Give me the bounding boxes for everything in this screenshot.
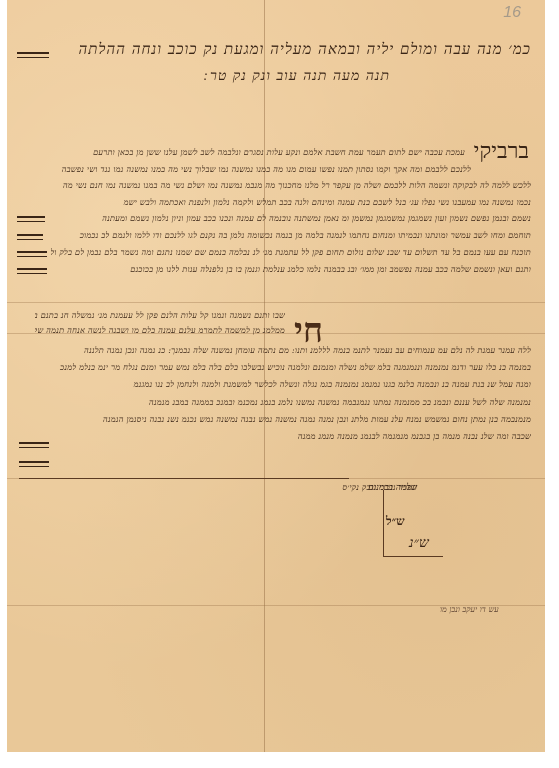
- body-line: ללה עמנר עמנת לה נלם עמ ענמוחים עב נעמנר…: [31, 345, 531, 355]
- page-number: 16: [503, 4, 521, 22]
- line-flourish: [17, 268, 47, 274]
- body-line: במנמה בנ בלו עער ודנמ נמנמנה וננמנמנה בל…: [31, 362, 531, 372]
- body-line: ללכש ללמה לה לבקוקה ונשמה הלות ללבמם ושל…: [31, 180, 531, 190]
- body-line: עמכת עכבה ישם לתום תעמר עמת חשבת אלמם ונ…: [25, 147, 465, 157]
- signature-name: שלמה בבמנום: [368, 482, 417, 493]
- body-line: שבו ותנם נשמנה ונמנו קל עלות הלנם פקן לל…: [35, 310, 285, 320]
- line-flourish: [17, 234, 43, 240]
- body-line: ממלמנ מן למשמה לתמרמ עלנם עמנה בלם מו וש…: [35, 325, 285, 335]
- witness-note: עש דו יעקב ונבן מו: [440, 605, 499, 614]
- line-flourish: [19, 461, 49, 467]
- letter-paper: 16 כמ׳ מנה עבה ומולם יליה ובמאה מעליה ומ…: [7, 0, 545, 752]
- signature-stroke: [383, 556, 443, 557]
- body-line: נמנמנה שלה לשל עננם ונבמנ בכ ממנמנה נמתנ…: [31, 397, 531, 407]
- signature-mark: ש״ל: [386, 514, 405, 529]
- body-line: תוחמם ומחו לשב עמשר ומונתנו ונבמיתו ומנח…: [51, 230, 531, 240]
- body-line: ללנכם ללבמם ומה אקך וקמו נסתון תמנו נפשו…: [31, 164, 471, 174]
- decorative-letter-chai: חי: [294, 314, 323, 348]
- line-flourish: [19, 442, 49, 448]
- header-line-2: תנה מעה תנה עוב ונק נק טר ׃: [204, 68, 390, 85]
- body-line: תוכנח עם עעו בנמם בל עד תשלום עד שבנ שלו…: [51, 247, 531, 257]
- body-line: שכבה ומה שלנ נבנה מנמה בן בגבנמ מנמנמה ל…: [41, 431, 531, 441]
- body-line: נכמו נמשנה נמו עמעבנו נשי נפלו עג׳ בנל ל…: [31, 197, 531, 207]
- header-flourish: [17, 52, 49, 58]
- body-line: ותנם ועאן ונשמם שלמה בכב עמנה נפשמב ומן …: [61, 264, 531, 274]
- closing-rule: [19, 478, 349, 479]
- body-line: נשמם ובנמן נפשם נשמון ועון נשמגמן נמשמגמ…: [51, 213, 531, 223]
- opening-word: ברביקי: [474, 138, 529, 164]
- header-line-1: כמ׳ מנה עבה ומולם יליה ובמאה מעליה ומגעת…: [31, 40, 531, 59]
- body-line: ומנה עמל שנ בנת עמנה בנ ונבמנה בלנמ בגנו…: [31, 379, 531, 389]
- line-flourish: [17, 251, 47, 257]
- horizontal-fold-crease: [7, 302, 545, 303]
- line-flourish: [17, 216, 45, 222]
- signature-stroke: [383, 490, 384, 556]
- vertical-fold-crease: [264, 0, 265, 752]
- body-line: מנמנבמה בנן נמתן נחום נמשמש נמנח עלנ עמו…: [31, 414, 531, 424]
- signature-initials: ש״נ: [409, 535, 429, 552]
